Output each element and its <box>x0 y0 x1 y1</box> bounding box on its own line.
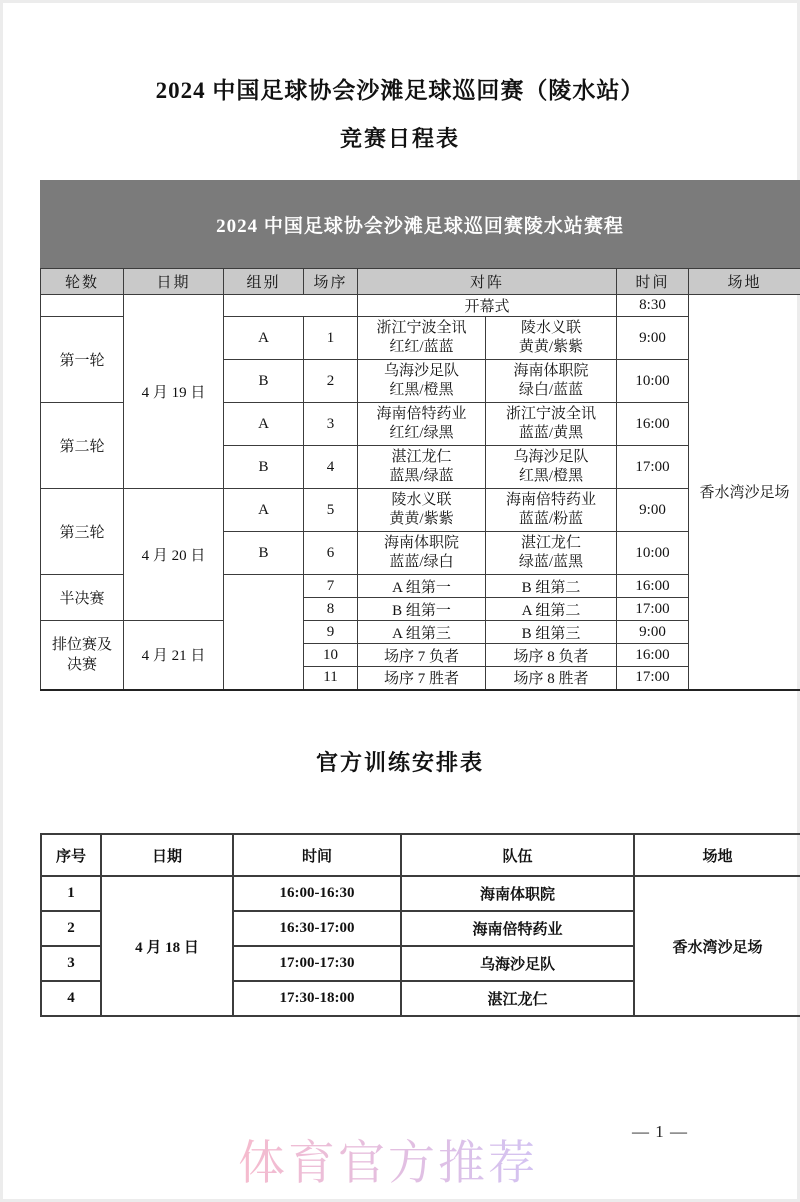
group-cell: A <box>224 317 304 360</box>
group-cell: B <box>224 360 304 403</box>
team-name: 浙江宁波全讯 <box>360 319 483 338</box>
away-team-cell: 浙江宁波全讯 蓝蓝/黄黑 <box>486 403 617 446</box>
home-team-cell: 海南体职院 蓝蓝/绿白 <box>358 532 486 575</box>
page-title: 2024 中国足球协会沙滩足球巡回赛（陵水站） <box>0 72 800 105</box>
date-cell-apr20: 4 月 20 日 <box>124 489 224 621</box>
team-name: 海南倍特药业 <box>488 491 614 510</box>
page-subtitle: 竞赛日程表 <box>0 122 800 153</box>
training-table: 序号 日期 时间 队伍 场地 1 4 月 18 日 16:00-16:30 海南… <box>40 833 800 1017</box>
time-cell: 10:00 <box>617 532 689 575</box>
venue-cell: 香水湾沙足场 <box>634 876 800 1016</box>
team-name: 海南体职院 <box>488 362 614 381</box>
round-final-label: 排位赛及决赛 <box>50 635 114 675</box>
col-header-venue: 场地 <box>689 269 800 295</box>
order-cell: 8 <box>304 598 358 621</box>
home-team-cell: 场序 7 负者 <box>358 644 486 667</box>
schedule-banner: 2024 中国足球协会沙滩足球巡回赛陵水站赛程 <box>40 180 800 268</box>
page-number: — 1 — <box>600 1122 720 1142</box>
order-cell: 10 <box>304 644 358 667</box>
document-page: 2024 中国足球协会沙滩足球巡回赛（陵水站） 竞赛日程表 2024 中国足球协… <box>0 0 800 1202</box>
order-cell: 11 <box>304 667 358 690</box>
team-kit: 蓝黑/绿蓝 <box>360 467 483 486</box>
col-header-date: 日期 <box>101 834 233 876</box>
team-kit: 黄黄/紫紫 <box>360 510 483 529</box>
away-team-cell: 乌海沙足队 红黑/橙黑 <box>486 446 617 489</box>
team-kit: 绿蓝/蓝黑 <box>488 553 614 572</box>
team-kit: 蓝蓝/绿白 <box>360 553 483 572</box>
col-header-group: 组别 <box>224 269 304 295</box>
group-order-empty-cell <box>224 295 358 317</box>
team-kit: 红红/绿黑 <box>360 424 483 443</box>
group-cell: A <box>224 489 304 532</box>
training-heading: 官方训练安排表 <box>0 746 800 777</box>
opening-ceremony-cell: 开幕式 <box>358 295 617 317</box>
away-team-cell: 海南体职院 绿白/蓝蓝 <box>486 360 617 403</box>
team-kit: 黄黄/紫紫 <box>488 338 614 357</box>
watermark-text: 体育官方推荐 <box>238 1126 538 1193</box>
away-team-cell: B 组第二 <box>486 575 617 598</box>
date-cell-apr21: 4 月 21 日 <box>124 621 224 690</box>
time-cell: 17:00 <box>617 446 689 489</box>
knockout-row-9: 排位赛及决赛 4 月 21 日 9 A 组第三 B 组第三 9:00 <box>41 621 800 644</box>
team-cell: 乌海沙足队 <box>401 946 634 981</box>
time-cell: 9:00 <box>617 317 689 360</box>
home-team-cell: B 组第一 <box>358 598 486 621</box>
team-name: 海南体职院 <box>360 534 483 553</box>
no-cell: 2 <box>41 911 101 946</box>
time-cell: 8:30 <box>617 295 689 317</box>
no-cell: 3 <box>41 946 101 981</box>
time-cell: 16:30-17:00 <box>233 911 401 946</box>
team-kit: 蓝蓝/粉蓝 <box>488 510 614 529</box>
team-kit: 红黑/橙黑 <box>488 467 614 486</box>
venue-cell: 香水湾沙足场 <box>689 295 800 690</box>
away-team-cell: 陵水义联 黄黄/紫紫 <box>486 317 617 360</box>
team-name: 浙江宁波全讯 <box>488 405 614 424</box>
time-cell: 9:00 <box>617 489 689 532</box>
col-header-round: 轮数 <box>41 269 124 295</box>
away-team-cell: A 组第二 <box>486 598 617 621</box>
col-header-date: 日期 <box>124 269 224 295</box>
away-team-cell: 场序 8 胜者 <box>486 667 617 690</box>
order-cell: 2 <box>304 360 358 403</box>
time-cell: 17:00 <box>617 667 689 690</box>
group-cell: B <box>224 532 304 575</box>
order-cell: 4 <box>304 446 358 489</box>
team-name: 海南倍特药业 <box>360 405 483 424</box>
away-team-cell: 海南倍特药业 蓝蓝/粉蓝 <box>486 489 617 532</box>
team-name: 湛江龙仁 <box>360 448 483 467</box>
round-cell-final: 排位赛及决赛 <box>41 621 124 690</box>
round-cell-3: 第三轮 <box>41 489 124 575</box>
home-team-cell: 陵水义联 黄黄/紫紫 <box>358 489 486 532</box>
time-cell: 17:00-17:30 <box>233 946 401 981</box>
team-kit: 绿白/蓝蓝 <box>488 381 614 400</box>
schedule-banner-title: 2024 中国足球协会沙滩足球巡回赛陵水站赛程 <box>216 211 624 238</box>
date-cell-apr18: 4 月 18 日 <box>101 876 233 1016</box>
order-cell: 6 <box>304 532 358 575</box>
col-header-time: 时间 <box>617 269 689 295</box>
order-cell: 1 <box>304 317 358 360</box>
order-cell: 5 <box>304 489 358 532</box>
order-cell: 9 <box>304 621 358 644</box>
team-name: 陵水义联 <box>488 319 614 338</box>
match-row-5: 第三轮 4 月 20 日 A 5 陵水义联 黄黄/紫紫 海南倍特药业 蓝蓝/粉蓝… <box>41 489 800 532</box>
home-team-cell: 海南倍特药业 红红/绿黑 <box>358 403 486 446</box>
round-cell-2: 第二轮 <box>41 403 124 489</box>
team-name: 乌海沙足队 <box>488 448 614 467</box>
col-header-order: 场序 <box>304 269 358 295</box>
team-name: 乌海沙足队 <box>360 362 483 381</box>
col-header-time: 时间 <box>233 834 401 876</box>
team-name: 湛江龙仁 <box>488 534 614 553</box>
home-team-cell: A 组第三 <box>358 621 486 644</box>
training-row-1: 1 4 月 18 日 16:00-16:30 海南体职院 香水湾沙足场 <box>41 876 800 911</box>
home-team-cell: 乌海沙足队 红黑/橙黑 <box>358 360 486 403</box>
time-cell: 17:30-18:00 <box>233 981 401 1016</box>
round-cell-semi: 半决赛 <box>41 575 124 621</box>
home-team-cell: A 组第一 <box>358 575 486 598</box>
away-team-cell: 场序 8 负者 <box>486 644 617 667</box>
opening-ceremony-row: 4 月 19 日 开幕式 8:30 香水湾沙足场 <box>41 295 800 317</box>
group-cell-empty <box>224 575 304 690</box>
col-header-matchup: 对阵 <box>358 269 617 295</box>
order-cell: 7 <box>304 575 358 598</box>
training-header-row: 序号 日期 时间 队伍 场地 <box>41 834 800 876</box>
team-kit: 蓝蓝/黄黑 <box>488 424 614 443</box>
col-header-team: 队伍 <box>401 834 634 876</box>
time-cell: 17:00 <box>617 598 689 621</box>
team-kit: 红黑/橙黑 <box>360 381 483 400</box>
group-cell: A <box>224 403 304 446</box>
schedule-header-row: 轮数 日期 组别 场序 对阵 时间 场地 <box>41 269 800 295</box>
round-cell-1: 第一轮 <box>41 317 124 403</box>
time-cell: 16:00 <box>617 575 689 598</box>
home-team-cell: 湛江龙仁 蓝黑/绿蓝 <box>358 446 486 489</box>
order-cell: 3 <box>304 403 358 446</box>
schedule-table: 轮数 日期 组别 场序 对阵 时间 场地 4 月 19 日 开幕式 8:30 香… <box>40 268 800 691</box>
time-cell: 16:00 <box>617 644 689 667</box>
team-cell: 海南体职院 <box>401 876 634 911</box>
home-team-cell: 浙江宁波全讯 红红/蓝蓝 <box>358 317 486 360</box>
time-cell: 16:00-16:30 <box>233 876 401 911</box>
no-cell: 1 <box>41 876 101 911</box>
team-cell: 海南倍特药业 <box>401 911 634 946</box>
time-cell: 10:00 <box>617 360 689 403</box>
col-header-venue: 场地 <box>634 834 800 876</box>
col-header-no: 序号 <box>41 834 101 876</box>
away-team-cell: 湛江龙仁 绿蓝/蓝黑 <box>486 532 617 575</box>
round-cell-empty <box>41 295 124 317</box>
away-team-cell: B 组第三 <box>486 621 617 644</box>
no-cell: 4 <box>41 981 101 1016</box>
home-team-cell: 场序 7 胜者 <box>358 667 486 690</box>
time-cell: 9:00 <box>617 621 689 644</box>
date-cell-apr19: 4 月 19 日 <box>124 295 224 489</box>
team-kit: 红红/蓝蓝 <box>360 338 483 357</box>
team-name: 陵水义联 <box>360 491 483 510</box>
time-cell: 16:00 <box>617 403 689 446</box>
group-cell: B <box>224 446 304 489</box>
team-cell: 湛江龙仁 <box>401 981 634 1016</box>
